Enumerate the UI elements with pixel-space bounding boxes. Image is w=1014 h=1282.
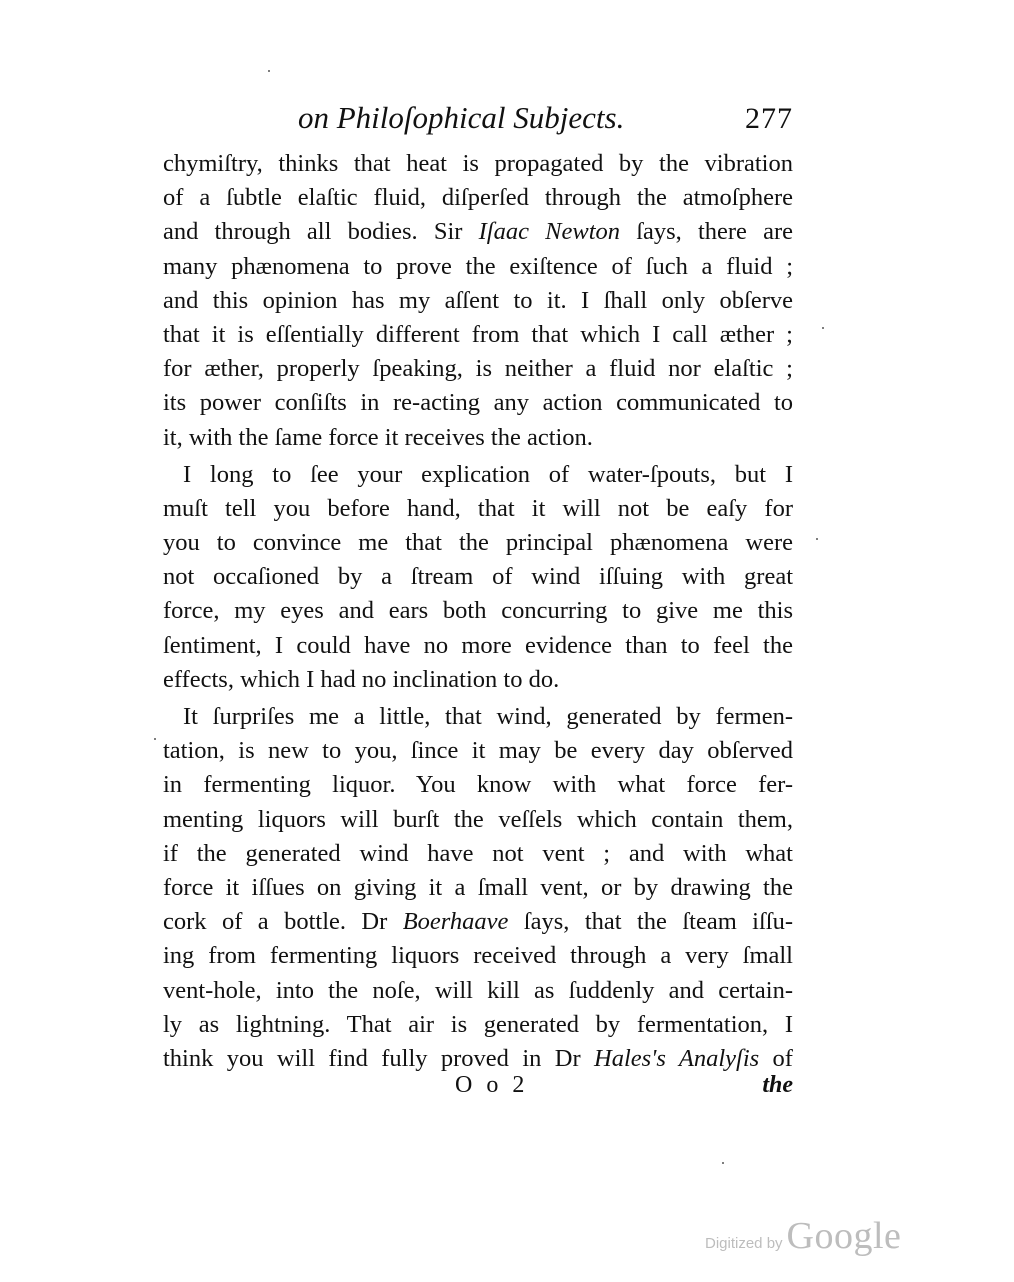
print-speck <box>154 738 156 740</box>
text-line: ly as lightning. That air is generated b… <box>163 1008 793 1042</box>
text-line: that it is eſſentially different from th… <box>163 318 793 352</box>
text-line: tation, is new to you, ſince it may be e… <box>163 734 793 768</box>
text-line: muſt tell you before hand, that it will … <box>163 492 793 526</box>
text-line: think you will find fully proved in Dr H… <box>163 1042 793 1076</box>
text-line: if the generated wind have not vent ; an… <box>163 837 793 871</box>
print-speck <box>722 1162 724 1164</box>
italic-name: Hales's Analyſis <box>594 1045 759 1072</box>
text-line: ſentiment, I could have no more evidence… <box>163 629 793 663</box>
print-speck <box>268 70 270 72</box>
text-line: many phænomena to prove the exiſtence of… <box>163 250 793 284</box>
paragraph: I long to ſee your explication of water-… <box>163 458 793 697</box>
text-line: vent-hole, into the noſe, will kill as ſ… <box>163 974 793 1008</box>
print-speck <box>816 538 818 540</box>
digitized-by-google-watermark: Digitized by Google <box>705 1214 901 1258</box>
text-line: force it iſſues on giving it a ſmall ven… <box>163 871 793 905</box>
text-line: It ſurpriſes me a little, that wind, gen… <box>163 700 793 734</box>
text-line: ing from fermenting liquors received thr… <box>163 939 793 973</box>
google-logo-text: Google <box>787 1215 902 1257</box>
text-line: it, with the ſame force it receives the … <box>163 421 793 455</box>
print-speck <box>822 327 824 329</box>
text-line: and through all bodies. Sir Iſaac Newton… <box>163 215 793 249</box>
text-line: in fermenting liquor. You know with what… <box>163 768 793 802</box>
text-line: cork of a bottle. Dr Boerhaave ſays, tha… <box>163 905 793 939</box>
italic-name: Iſaac Newton <box>479 218 620 245</box>
book-page: on Philoſophical Subjects. 277 chymiſtry… <box>0 0 1014 1282</box>
text-line: menting liquors will burſt the veſſels w… <box>163 803 793 837</box>
text-line: chymiſtry, thinks that heat is propagate… <box>163 147 793 181</box>
paragraph: It ſurpriſes me a little, that wind, gen… <box>163 700 793 1076</box>
text-line: its power conſiſts in re-acting any acti… <box>163 386 793 420</box>
paragraph: chymiſtry, thinks that heat is propagate… <box>163 147 793 455</box>
text-line: for æther, properly ſpeaking, is neither… <box>163 352 793 386</box>
body-text: chymiſtry, thinks that heat is propagate… <box>163 147 793 1076</box>
text-line: and this opinion has my aſſent to it. I … <box>163 284 793 318</box>
text-line: not occaſioned by a ſtream of wind iſſui… <box>163 560 793 594</box>
text-line: force, my eyes and ears both concurring … <box>163 594 793 628</box>
text-line: effects, which I had no inclination to d… <box>163 663 793 697</box>
watermark-prefix: Digitized by <box>705 1235 783 1252</box>
running-title: on Philoſophical Subjects. <box>298 100 624 136</box>
text-line: I long to ſee your explication of water-… <box>163 458 793 492</box>
text-line: you to convince me that the principal ph… <box>163 526 793 560</box>
italic-name: Boerhaave <box>403 908 509 935</box>
page-footer: O o 2 the <box>163 1072 793 1106</box>
page-header: on Philoſophical Subjects. 277 <box>163 100 793 140</box>
catchword: the <box>762 1072 793 1099</box>
signature-mark: O o 2 <box>455 1072 528 1099</box>
page-number: 277 <box>745 102 793 136</box>
text-line: of a ſubtle elaſtic fluid, diſperſed thr… <box>163 181 793 215</box>
